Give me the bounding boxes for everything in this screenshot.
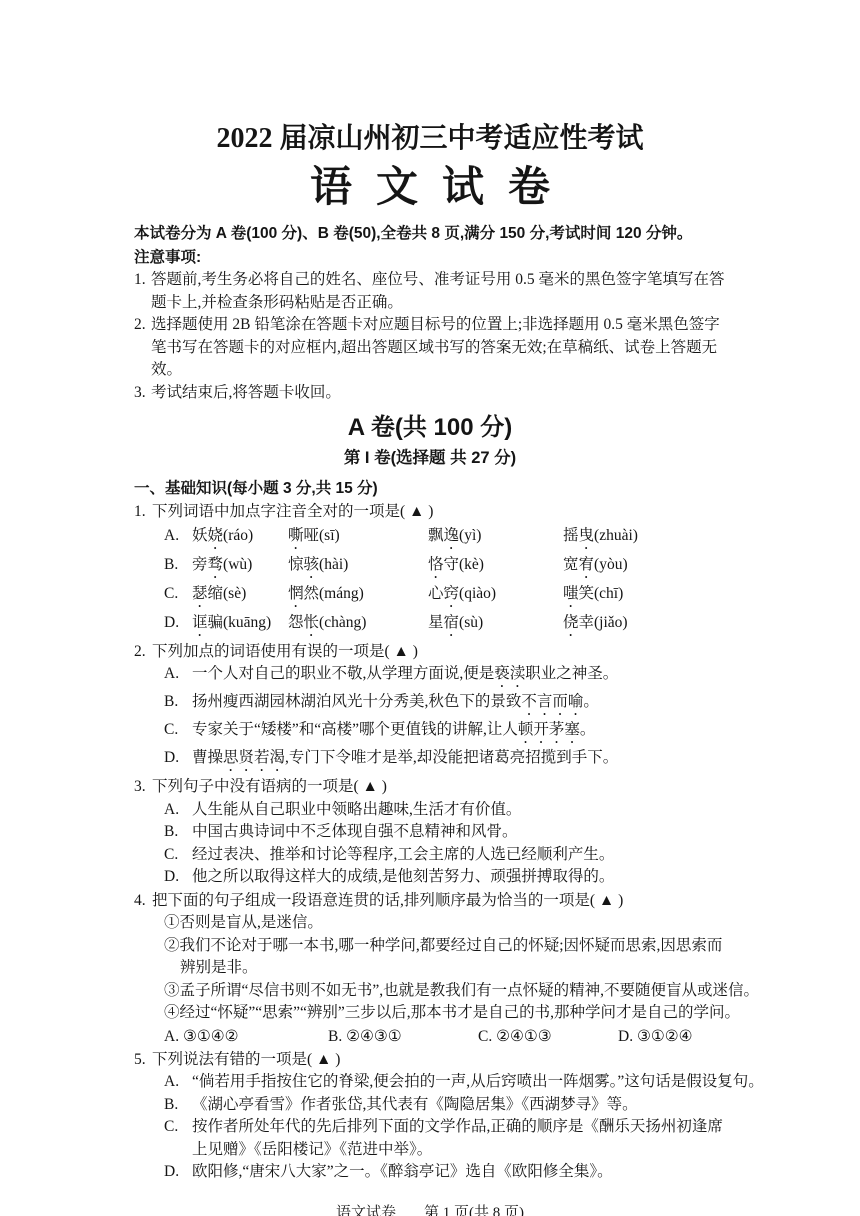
paper-intro: 本试卷分为 A 卷(100 分)、B 卷(50),全卷共 8 页,满分 150 … (134, 222, 726, 245)
pinyin-word: 恪守(kè) (428, 553, 563, 582)
dotted-char: 曳 (579, 527, 595, 544)
pinyin-word: 飘逸(yì) (428, 524, 563, 553)
stem-text: 下列说法有错的一项是( ▲ ) (152, 1051, 340, 1068)
option-c: C.按作者所处年代的先后排列下面的文学作品,正确的顺序是《酬乐天扬州初逢席上见赠… (134, 1116, 726, 1161)
option-label: A. (164, 799, 185, 822)
pinyin-word: 宽宥(yòu) (563, 553, 726, 582)
pinyin-word: 惘然(máng) (288, 582, 428, 611)
stem-text: 下列词语中加点字注音全对的一项是( ▲ ) (152, 503, 433, 520)
notice-number: 3. (134, 382, 147, 405)
option-d: D.曹操思贤若渴,专门下令唯才是举,却没能把诸葛亮招揽到手下。 (134, 747, 726, 775)
exam-session-title: 2022 届凉山州初三中考适应性考试 (134, 122, 726, 156)
option-b: B.《湖心亭看雪》作者张岱,其代表有《陶隐居集》《西湖梦寻》等。 (134, 1094, 726, 1117)
option-label: C. (164, 719, 185, 742)
answer-d: D. ③①②④ (618, 1025, 726, 1048)
option-label: B. (164, 553, 192, 582)
option-b: B.中国古典诗词中不乏体现自强不息精神和风骨。 (134, 821, 726, 844)
dotted-char: 诓 (192, 614, 208, 631)
dotted-char: 宥 (579, 556, 595, 573)
dotted-word: 顿开茅塞 (518, 721, 580, 738)
option-row-b: B. 旁骛(wù) 惊骇(hài) 恪守(kè) 宽宥(yòu) (164, 553, 726, 582)
dotted-char: 嘶 (288, 527, 304, 544)
answer-a: A. ③①④② (164, 1025, 328, 1048)
section-a-subtitle: 第 I 卷(选择题 共 27 分) (134, 446, 726, 470)
dotted-char: 瑟 (192, 585, 208, 602)
question-3-stem: 3.下列句子中没有语病的一项是( ▲ ) (134, 776, 726, 799)
option-c: C.经过表决、推举和讨论等程序,工会主席的人选已经顺利产生。 (134, 844, 726, 867)
part-one-heading: 一、基础知识(每小题 3 分,共 15 分) (134, 477, 726, 500)
notice-text: 选择题使用 2B 铅笔涂在答题卡对应题目标号的位置上;非选择题用 0.5 毫米黑… (151, 316, 720, 378)
option-label: D. (164, 747, 185, 770)
option-label: B. (164, 691, 185, 714)
option-label: B. (164, 821, 185, 844)
pinyin-word: 星宿(sù) (428, 611, 563, 640)
option-row-d: D. 诓骗(kuāng) 怨怅(chàng) 星宿(sù) 侥幸(jiǎo) (164, 611, 726, 640)
pinyin-word: 瑟缩(sè) (192, 582, 288, 611)
option-d: D.他之所以取得这样大的成绩,是他刻苦努力、顽强拼搏取得的。 (134, 866, 726, 889)
dotted-char: 骇 (304, 556, 320, 573)
dotted-char: 窍 (444, 585, 460, 602)
option-label: C. (164, 1116, 185, 1139)
notice-number: 1. (134, 269, 147, 292)
question-1-options: A. 妖娆(ráo) 嘶哑(sī) 飘逸(yì) 摇曳(zhuài) B. 旁骛… (164, 524, 726, 640)
option-text: “倘若用手指按住它的脊梁,便会拍的一声,从后窍喷出一阵烟雾。”这句话是假设复句。 (192, 1073, 764, 1090)
option-label: C. (164, 582, 192, 611)
dotted-char: 惘 (288, 585, 304, 602)
footer-paper-name: 语文试卷 (336, 1205, 396, 1216)
stem-text: 下列句子中没有语病的一项是( ▲ ) (152, 778, 387, 795)
option-row-c: C. 瑟缩(sè) 惘然(máng) 心窍(qiào) 嗤笑(chī) (164, 582, 726, 611)
dotted-char: 侥 (563, 614, 579, 631)
sentence-2: ②我们不论对于哪一本书,哪一种学问,都要经过自己的怀疑;因怀疑而思索,因思索而辨… (134, 935, 726, 980)
sentence-3: ③孟子所谓“尽信书则不如无书”,也就是教我们有一点怀疑的精神,不要随便盲从或迷信… (134, 980, 726, 1003)
notice-item-3: 3.考试结束后,将答题卡收回。 (134, 382, 726, 405)
option-label: D. (164, 1161, 185, 1184)
option-a: A.人生能从自己职业中领略出趣味,生活才有价值。 (134, 799, 726, 822)
question-number: 4. (134, 890, 147, 913)
option-d: D.欧阳修,“唐宋八大家”之一。《醉翁亭记》选自《欧阳修全集》。 (134, 1161, 726, 1184)
pinyin-word: 惊骇(hài) (288, 553, 428, 582)
footer-page-number: 第 1 页(共 8 页) (424, 1205, 524, 1216)
question-4-stem: 4.把下面的句子组成一段语意连贯的话,排列顺序最为恰当的一项是( ▲ ) (134, 890, 726, 913)
stem-text: 把下面的句子组成一段语意连贯的话,排列顺序最为恰当的一项是( ▲ ) (152, 892, 623, 909)
notice-text: 答题前,考生务必将自己的姓名、座位号、准考证号用 0.5 毫米的黑色签字笔填写在… (151, 271, 725, 311)
option-text: 欧阳修,“唐宋八大家”之一。《醉翁亭记》选自《欧阳修全集》。 (192, 1163, 613, 1180)
option-label: A. (164, 1071, 185, 1094)
question-number: 5. (134, 1049, 147, 1072)
paper-title: 语文试卷 (134, 164, 726, 212)
stem-text: 下列加点的词语使用有误的一项是( ▲ ) (152, 643, 418, 660)
pinyin-word: 妖娆(ráo) (192, 524, 288, 553)
question-number: 3. (134, 776, 147, 799)
question-4-answers: A. ③①④② B. ②④③① C. ②④①③ D. ③①②④ (164, 1025, 726, 1048)
dotted-char: 骛 (208, 556, 224, 573)
dotted-word: 不言而喻 (521, 693, 583, 710)
dotted-char: 逸 (444, 527, 460, 544)
option-text: 他之所以取得这样大的成绩,是他刻苦努力、顽强拼搏取得的。 (192, 868, 614, 885)
dotted-char: 嗤 (563, 585, 579, 602)
notice-text: 考试结束后,将答题卡收回。 (151, 384, 341, 401)
question-5: 5.下列说法有错的一项是( ▲ ) A.“倘若用手指按住它的脊梁,便会拍的一声,… (134, 1049, 726, 1184)
question-3: 3.下列句子中没有语病的一项是( ▲ ) A.人生能从自己职业中领略出趣味,生活… (134, 776, 726, 889)
question-2: 2.下列加点的词语使用有误的一项是( ▲ ) A.一个人对自己的职业不敬,从学理… (134, 641, 726, 776)
question-2-stem: 2.下列加点的词语使用有误的一项是( ▲ ) (134, 641, 726, 664)
question-number: 2. (134, 641, 147, 664)
pinyin-word: 摇曳(zhuài) (563, 524, 726, 553)
pinyin-word: 侥幸(jiǎo) (563, 611, 726, 640)
option-text: 人生能从自己职业中领略出趣味,生活才有价值。 (192, 801, 521, 818)
question-5-stem: 5.下列说法有错的一项是( ▲ ) (134, 1049, 726, 1072)
option-text: 中国古典诗词中不乏体现自强不息精神和风骨。 (192, 823, 518, 840)
sentence-4: ④经过“怀疑”“思索”“辨别”三步以后,那本书才是自己的书,那种学问才是自己的学… (134, 1002, 726, 1025)
exam-sheet: 2022 届凉山州初三中考适应性考试 语文试卷 本试卷分为 A 卷(100 分)… (134, 0, 726, 1216)
section-a-title: A 卷(共 100 分) (134, 413, 726, 443)
page-footer: 语文试卷第 1 页(共 8 页) (134, 1202, 726, 1216)
option-label: A. (164, 524, 192, 553)
option-label: B. (164, 1094, 185, 1117)
dotted-word: 亵渎 (494, 665, 525, 682)
question-1: 1.下列词语中加点字注音全对的一项是( ▲ ) A. 妖娆(ráo) 嘶哑(sī… (134, 501, 726, 640)
notice-heading: 注意事项: (134, 246, 726, 269)
option-label: D. (164, 611, 192, 640)
exam-paper-page: 2022 届凉山州初三中考适应性考试 语文试卷 本试卷分为 A 卷(100 分)… (0, 0, 860, 1216)
option-row-a: A. 妖娆(ráo) 嘶哑(sī) 飘逸(yì) 摇曳(zhuài) (164, 524, 726, 553)
question-1-stem: 1.下列词语中加点字注音全对的一项是( ▲ ) (134, 501, 726, 524)
sentence-1: ①否则是盲从,是迷信。 (134, 912, 726, 935)
dotted-char: 宿 (444, 614, 460, 631)
answer-b: B. ②④③① (328, 1025, 478, 1048)
option-label: D. (164, 866, 185, 889)
pinyin-word: 怨怅(chàng) (288, 611, 428, 640)
option-text: 经过表决、推举和讨论等程序,工会主席的人选已经顺利产生。 (192, 846, 614, 863)
question-4: 4.把下面的句子组成一段语意连贯的话,排列顺序最为恰当的一项是( ▲ ) ①否则… (134, 890, 726, 1048)
notice-item-1: 1.答题前,考生务必将自己的姓名、座位号、准考证号用 0.5 毫米的黑色签字笔填… (134, 269, 726, 314)
question-number: 1. (134, 501, 147, 524)
pinyin-word: 旁骛(wù) (192, 553, 288, 582)
pinyin-word: 嗤笑(chī) (563, 582, 726, 611)
dotted-char: 娆 (208, 527, 224, 544)
notice-number: 2. (134, 314, 147, 337)
option-text: 按作者所处年代的先后排列下面的文学作品,正确的顺序是《酬乐天扬州初逢席上见赠》《… (192, 1118, 723, 1158)
dotted-char: 恪 (428, 556, 444, 573)
option-label: C. (164, 844, 185, 867)
option-label: A. (164, 663, 185, 686)
pinyin-word: 嘶哑(sī) (288, 524, 428, 553)
dotted-char: 怅 (304, 614, 320, 631)
option-a: A.“倘若用手指按住它的脊梁,便会拍的一声,从后窍喷出一阵烟雾。”这句话是假设复… (134, 1071, 726, 1094)
option-b: B.扬州瘦西湖园林湖泊风光十分秀美,秋色下的景致不言而喻。 (134, 691, 726, 719)
pinyin-word: 心窍(qiào) (428, 582, 563, 611)
option-text: 《湖心亭看雪》作者张岱,其代表有《陶隐居集》《西湖梦寻》等。 (192, 1096, 638, 1113)
pinyin-word: 诓骗(kuāng) (192, 611, 288, 640)
option-a: A.一个人对自己的职业不敬,从学理方面说,便是亵渎职业之神圣。 (134, 663, 726, 691)
dotted-word: 思贤若渴 (223, 749, 285, 766)
notice-item-2: 2.选择题使用 2B 铅笔涂在答题卡对应题目标号的位置上;非选择题用 0.5 毫… (134, 314, 726, 382)
answer-c: C. ②④①③ (478, 1025, 618, 1048)
option-c: C.专家关于“矮楼”和“高楼”哪个更值钱的讲解,让人顿开茅塞。 (134, 719, 726, 747)
